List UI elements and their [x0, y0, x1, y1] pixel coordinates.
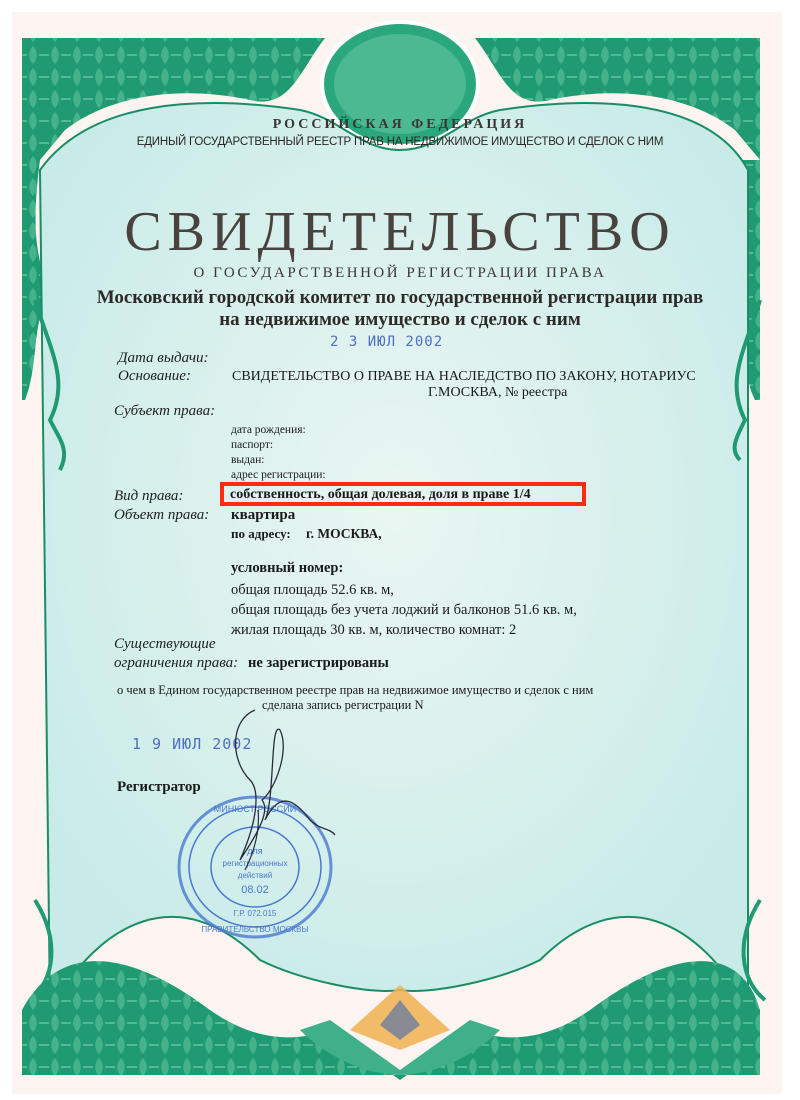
seal-bottom-text: ПРАВИТЕЛЬСТВО МОСКВЫ [201, 925, 308, 934]
area-without-balconies: общая площадь без учета лоджий и балконо… [231, 600, 577, 620]
object-label: Объект права: [114, 507, 209, 524]
issue-date-stamp: 2 3 ИЮЛ 2002 [330, 334, 443, 350]
issuing-committee: Московский городской комитет по государс… [0, 287, 800, 331]
highlight-box [220, 482, 586, 506]
address-label: по адресу: [231, 526, 291, 542]
restrictions-value: не зарегистрированы [248, 655, 389, 672]
issued-by-label: выдан: [231, 453, 326, 468]
seal-code: Г.Р. 072.015 [234, 909, 277, 918]
birth-date-label: дата рождения: [231, 423, 326, 438]
committee-line-2: на недвижимое имущество и сделок с ним [0, 309, 800, 331]
issue-date-label: Дата выдачи: [118, 350, 209, 367]
passport-label: паспорт: [231, 438, 326, 453]
right-type-label: Вид права: [114, 488, 183, 505]
address-value: г. МОСКВА, [306, 526, 382, 542]
registry-heading: ЕДИНЫЙ ГОСУДАРСТВЕННЫЙ РЕЕСТР ПРАВ НА НЕ… [0, 136, 800, 148]
basis-label: Основание: [118, 368, 191, 385]
total-area: общая площадь 52.6 кв. м, [231, 580, 577, 600]
restrictions-label-2: ограничения права: [114, 655, 238, 672]
living-area-rooms: жилая площадь 30 кв. м, количество комна… [231, 620, 577, 640]
record-line-1: о чем в Едином государственном реестре п… [117, 683, 593, 698]
restrictions-label-1: Существующие [114, 636, 216, 653]
signature-icon [200, 690, 340, 890]
conditional-number-label: условный номер: [231, 560, 343, 577]
registration-address-label: адрес регистрации: [231, 468, 326, 483]
subject-details: дата рождения: паспорт: выдан: адрес рег… [231, 423, 326, 483]
subject-label: Субъект права: [114, 403, 215, 420]
document-subtitle: О ГОСУДАРСТВЕННОЙ РЕГИСТРАЦИИ ПРАВА [0, 265, 800, 282]
object-value: квартира [231, 507, 295, 524]
ornamental-frame [0, 0, 800, 1100]
object-details: общая площадь 52.6 кв. м, общая площадь … [231, 580, 577, 640]
document-title: СВИДЕТЕЛЬСТВО [0, 200, 800, 264]
basis-line-1: СВИДЕТЕЛЬСТВО О ПРАВЕ НА НАСЛЕДСТВО ПО З… [232, 369, 696, 385]
basis-line-2: Г.МОСКВА, № реестра [428, 385, 567, 401]
committee-line-1: Московский городской комитет по государс… [0, 287, 800, 309]
country-heading: РОССИЙСКАЯ ФЕДЕРАЦИЯ [0, 117, 800, 133]
